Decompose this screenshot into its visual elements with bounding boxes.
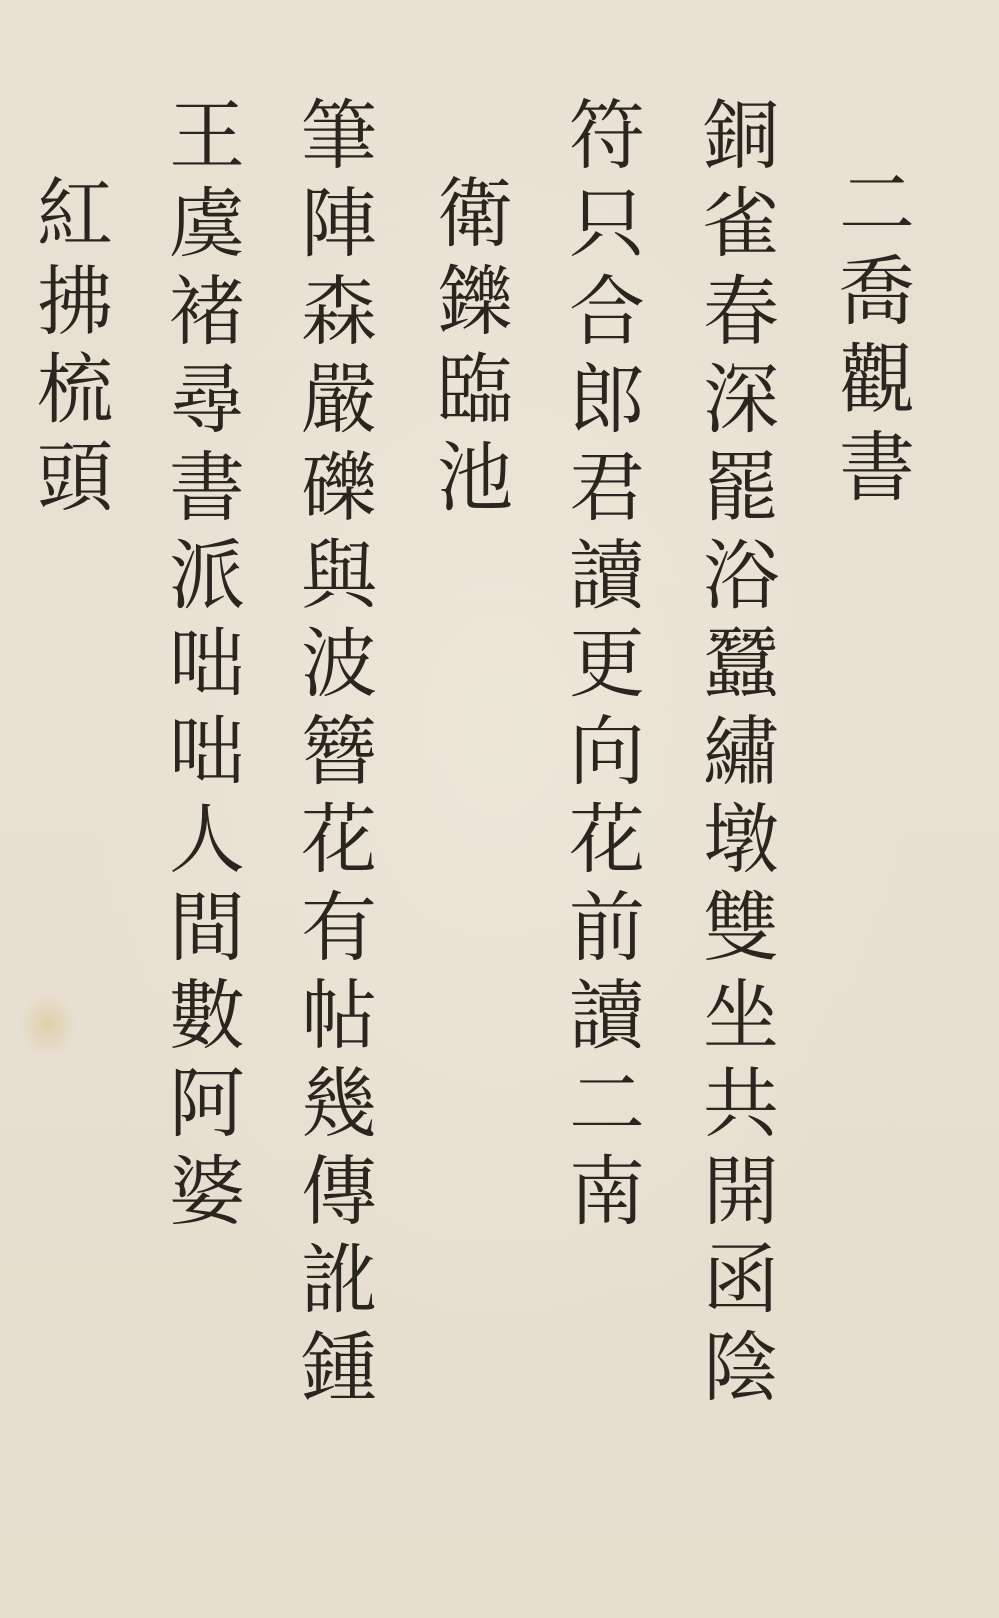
- column-title-hongfu: 紅 拂 梳 頭: [20, 170, 130, 522]
- character: 間: [157, 884, 257, 972]
- character: 合: [557, 268, 657, 356]
- character: 王: [157, 92, 257, 180]
- character: 書: [157, 444, 257, 532]
- character: 池: [425, 434, 525, 522]
- character: 帖: [289, 972, 389, 1060]
- character: 銅: [691, 92, 791, 180]
- character: 派: [157, 532, 257, 620]
- character: 深: [691, 356, 791, 444]
- character: 波: [289, 620, 389, 708]
- character: 函: [691, 1236, 791, 1324]
- character: 符: [557, 92, 657, 180]
- column-title-erqiao: 二 喬 觀 書: [822, 160, 932, 512]
- character: 雀: [691, 180, 791, 268]
- column-verse-4: 王 虞 褚 尋 書 派 咄 咄 人 間 數 阿 婆: [152, 92, 262, 1236]
- character: 君: [557, 444, 657, 532]
- character: 開: [691, 1148, 791, 1236]
- character: 讀: [557, 972, 657, 1060]
- character: 紅: [25, 170, 125, 258]
- character: 臨: [425, 346, 525, 434]
- character: 花: [557, 796, 657, 884]
- character: 喬: [827, 248, 927, 336]
- character: 鍾: [289, 1324, 389, 1412]
- character: 春: [691, 268, 791, 356]
- character: 咄: [157, 708, 257, 796]
- character: 與: [289, 532, 389, 620]
- character: 嚴: [289, 356, 389, 444]
- character: 繡: [691, 708, 791, 796]
- character: 花: [289, 796, 389, 884]
- character: 森: [289, 268, 389, 356]
- character: 尋: [157, 356, 257, 444]
- character: 陰: [691, 1324, 791, 1412]
- character: 前: [557, 884, 657, 972]
- column-title-weishuo: 衛 鑠 臨 池: [420, 170, 530, 522]
- character: 坐: [691, 972, 791, 1060]
- character: 南: [557, 1148, 657, 1236]
- column-verse-1: 銅 雀 春 深 罷 浴 蠶 繡 墩 雙 坐 共 開 函 陰: [686, 92, 796, 1412]
- character: 讀: [557, 532, 657, 620]
- character: 礫: [289, 444, 389, 532]
- character: 有: [289, 884, 389, 972]
- character: 向: [557, 708, 657, 796]
- character: 虞: [157, 180, 257, 268]
- character: 拂: [25, 258, 125, 346]
- character: 傳: [289, 1148, 389, 1236]
- character: 書: [827, 424, 927, 512]
- character: 罷: [691, 444, 791, 532]
- character: 簪: [289, 708, 389, 796]
- character: 郎: [557, 356, 657, 444]
- character: 頭: [25, 434, 125, 522]
- character: 雙: [691, 884, 791, 972]
- character: 觀: [827, 336, 927, 424]
- character: 只: [557, 180, 657, 268]
- character: 二: [557, 1060, 657, 1148]
- character: 人: [157, 796, 257, 884]
- character: 共: [691, 1060, 791, 1148]
- character: 鑠: [425, 258, 525, 346]
- character: 筆: [289, 92, 389, 180]
- character: 陣: [289, 180, 389, 268]
- character: 阿: [157, 1060, 257, 1148]
- column-verse-3: 筆 陣 森 嚴 礫 與 波 簪 花 有 帖 幾 傳 訛 鍾: [284, 92, 394, 1412]
- column-verse-2: 符 只 合 郎 君 讀 更 向 花 前 讀 二 南: [552, 92, 662, 1236]
- character: 蠶: [691, 620, 791, 708]
- character: 二: [827, 160, 927, 248]
- character: 更: [557, 620, 657, 708]
- character: 墩: [691, 796, 791, 884]
- character: 數: [157, 972, 257, 1060]
- character: 咄: [157, 620, 257, 708]
- character: 婆: [157, 1148, 257, 1236]
- character: 訛: [289, 1236, 389, 1324]
- character: 褚: [157, 268, 257, 356]
- character: 浴: [691, 532, 791, 620]
- character: 衛: [425, 170, 525, 258]
- character: 梳: [25, 346, 125, 434]
- character: 幾: [289, 1060, 389, 1148]
